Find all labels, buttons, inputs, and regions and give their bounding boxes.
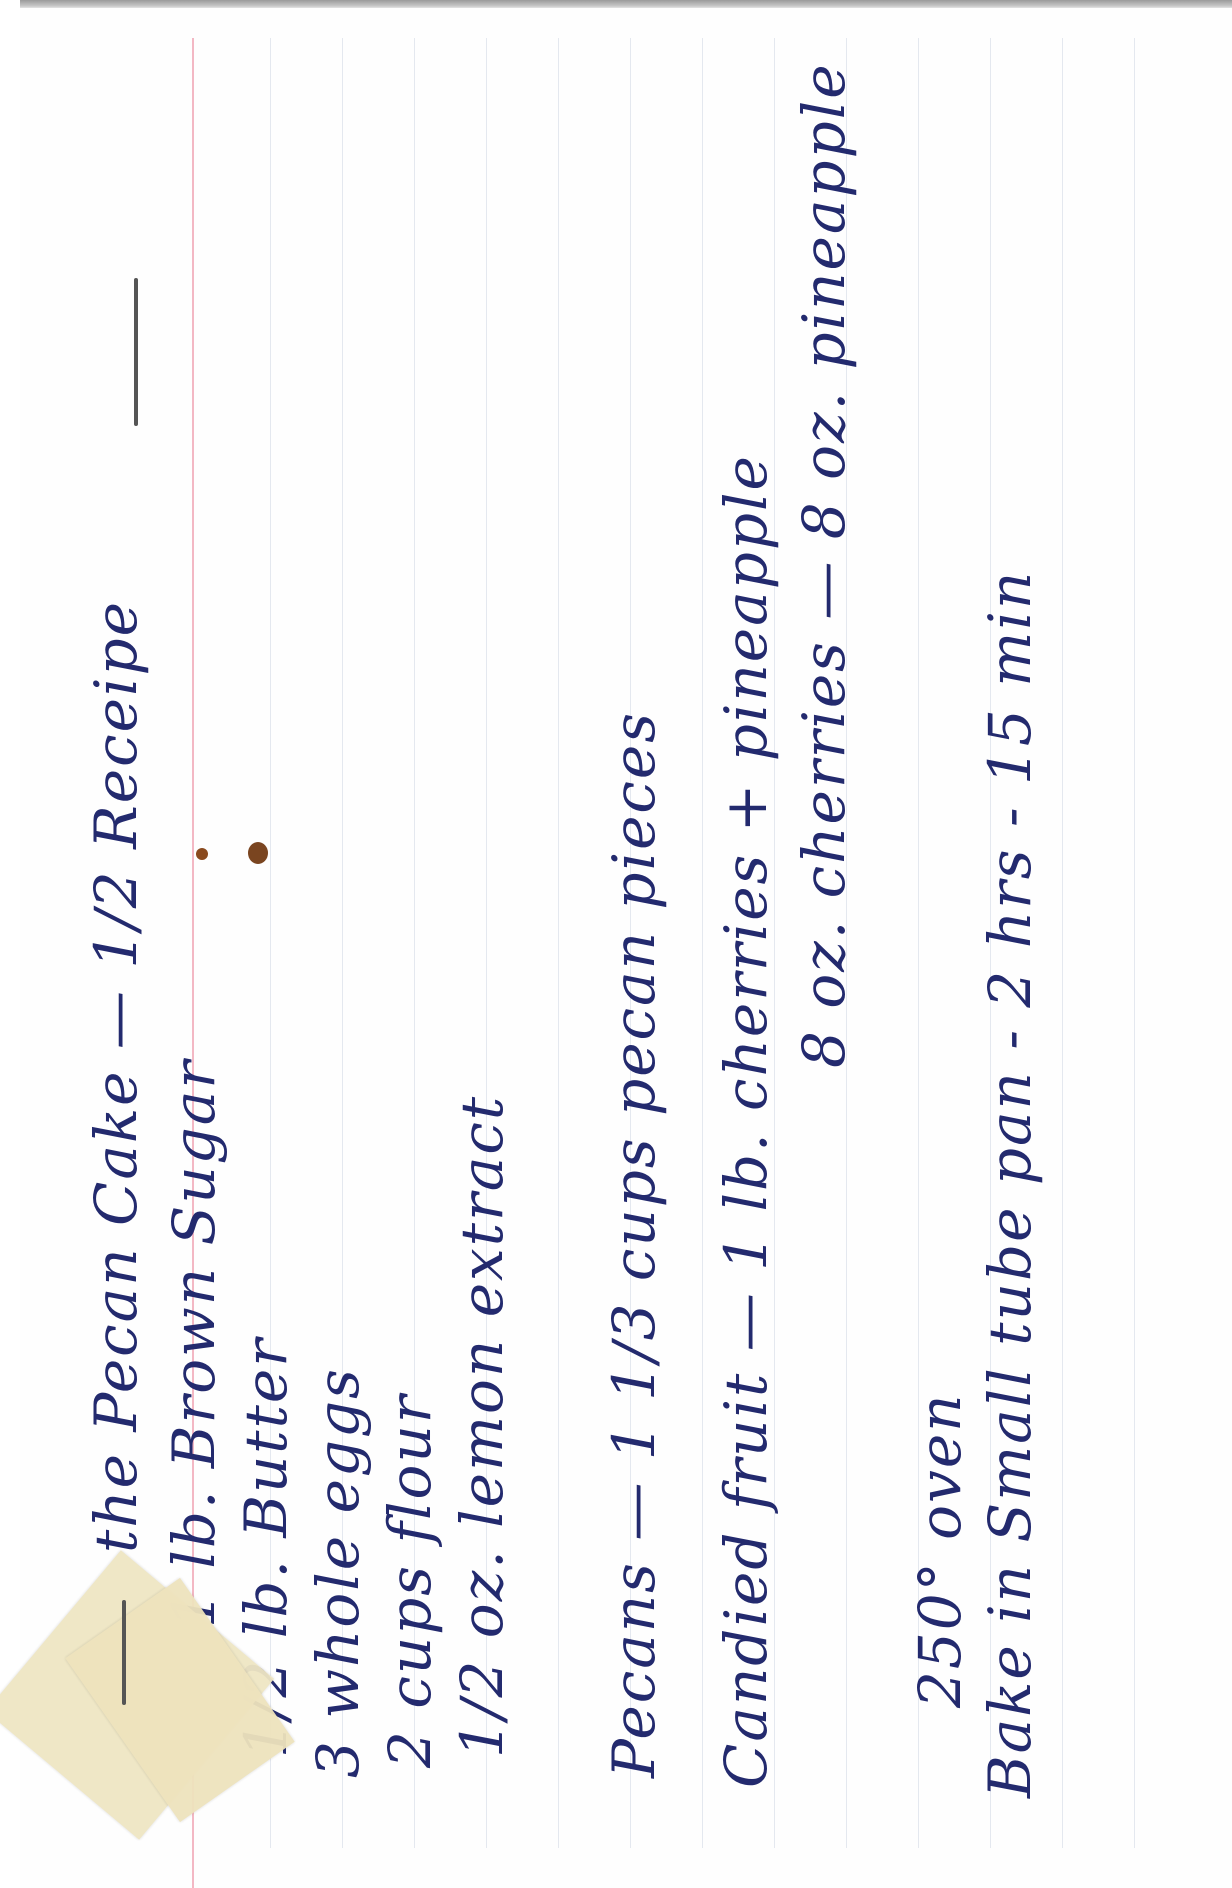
candied-fruit-split-line: 8 oz. cherries — 8 oz. pineapple	[790, 62, 858, 1068]
ingredient-line: 1 lb. Brown Sugar	[160, 1059, 228, 1628]
bake-line: Bake in Small tube pan - 2 hrs - 15 min	[976, 570, 1044, 1798]
pecans-line: Pecans — 1 1/3 cups pecan pieces	[600, 711, 668, 1778]
ingredient-line: 3 whole eggs	[304, 1367, 372, 1778]
candied-fruit-line: Candied fruit — 1 lb. cherries + pineapp…	[712, 454, 780, 1788]
staple-icon	[122, 1600, 126, 1705]
recipe-title: the Pecan Cake — 1/2 Receipe	[82, 600, 150, 1553]
oven-line: 250° oven	[906, 1392, 974, 1708]
ingredient-line: 2 cups flour	[376, 1393, 444, 1768]
ingredient-line: 1/2 oz. lemon extract	[448, 1095, 516, 1758]
